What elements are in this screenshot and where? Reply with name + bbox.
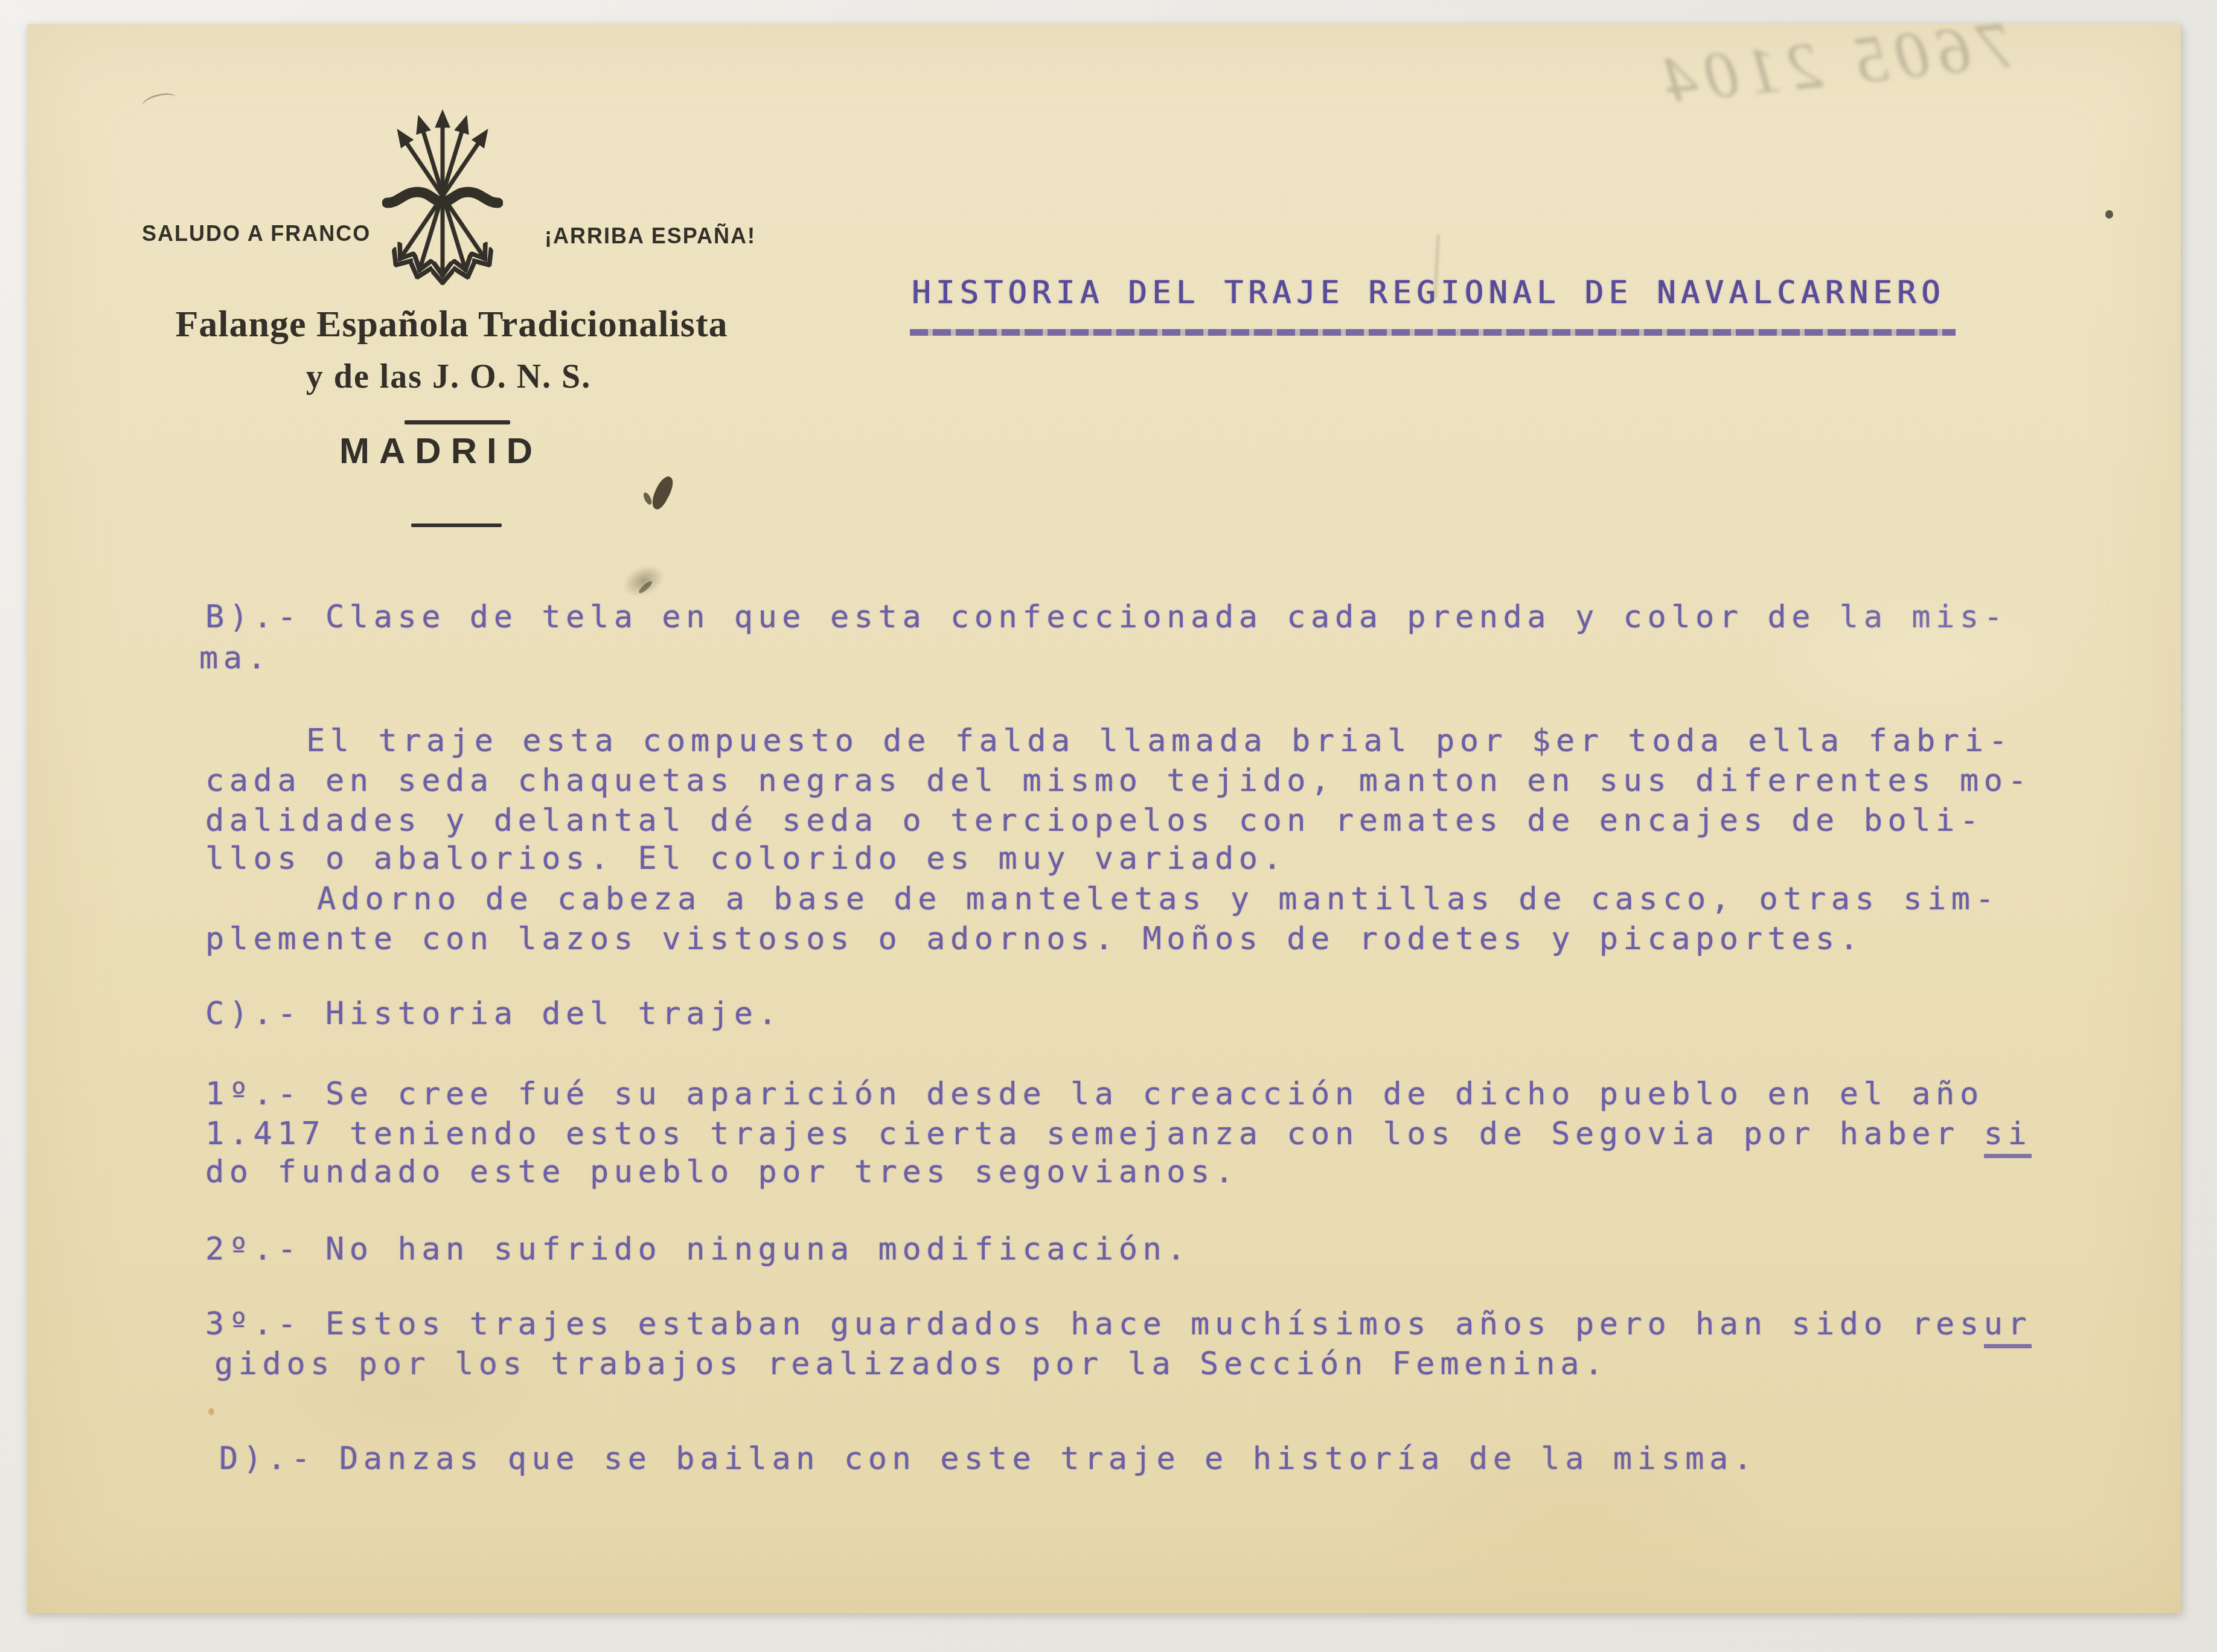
typed-line: plemente con lazos vistosos o adornos. M… bbox=[205, 921, 1864, 957]
ink-speck bbox=[2105, 210, 2113, 219]
typed-segment: plemente con lazos vistosos o adornos. M… bbox=[205, 921, 1864, 957]
document-paper: 7605 2104 SALUDO A FRANCO ¡ARRIB bbox=[27, 24, 2181, 1613]
typed-line: D).- Danzas que se bailan con este traje… bbox=[219, 1441, 1758, 1477]
typed-body: B).- Clase de tela en que esta confeccio… bbox=[27, 24, 2181, 1613]
typed-segment: El traje esta compuesto de falda llamada… bbox=[306, 723, 2012, 759]
typed-segment: llos o abalorios. El colorido es muy var… bbox=[205, 840, 1287, 877]
typed-segment-underlined: ur bbox=[1984, 1306, 2032, 1348]
scanner-background: 7605 2104 SALUDO A FRANCO ¡ARRIB bbox=[0, 0, 2217, 1652]
typed-line: 3º.- Estos trajes estaban guardados hace… bbox=[205, 1306, 2032, 1342]
typed-line: El traje esta compuesto de falda llamada… bbox=[306, 723, 2012, 759]
typed-segment: Adorno de cabeza a base de manteletas y … bbox=[317, 881, 1999, 917]
typed-segment: D).- Danzas que se bailan con este traje… bbox=[219, 1441, 1758, 1477]
typed-segment: C).- Historia del traje. bbox=[205, 996, 782, 1032]
rust-speck bbox=[208, 1408, 214, 1415]
typed-segment: do fundado este pueblo por tres segovian… bbox=[205, 1154, 1239, 1190]
typed-line: B).- Clase de tela en que esta confeccio… bbox=[205, 599, 2008, 635]
typed-line: 2º.- No han sufrido ninguna modificación… bbox=[205, 1231, 1191, 1267]
typed-segment: B).- Clase de tela en que esta confeccio… bbox=[205, 599, 2008, 635]
typed-segment: 1.417 teniendo estos trajes cierta semej… bbox=[205, 1116, 1984, 1152]
typed-line: gidos por los trabajos realizados por la… bbox=[214, 1346, 1608, 1382]
typed-segment: cada en seda chaquetas negras del mismo … bbox=[205, 763, 2032, 799]
typed-segment: 1º.- Se cree fué su aparición desde la c… bbox=[205, 1076, 1984, 1112]
typed-segment: dalidades y delantal dé seda o terciopel… bbox=[205, 802, 1984, 839]
typed-segment: 3º.- Estos trajes estaban guardados hace… bbox=[205, 1306, 1984, 1342]
typed-line: do fundado este pueblo por tres segovian… bbox=[205, 1154, 1239, 1190]
typed-line: C).- Historia del traje. bbox=[205, 996, 782, 1032]
typed-line: 1.417 teniendo estos trajes cierta semej… bbox=[205, 1116, 2032, 1152]
typed-line: llos o abalorios. El colorido es muy var… bbox=[205, 840, 1287, 877]
typed-line: 1º.- Se cree fué su aparición desde la c… bbox=[205, 1076, 1984, 1112]
typed-line: Adorno de cabeza a base de manteletas y … bbox=[317, 881, 1999, 917]
typed-line: ma. bbox=[199, 640, 271, 676]
typed-line: dalidades y delantal dé seda o terciopel… bbox=[205, 802, 1984, 839]
typed-segment-underlined: si bbox=[1984, 1116, 2032, 1158]
typed-segment: ma. bbox=[199, 640, 271, 676]
typed-segment: 2º.- No han sufrido ninguna modificación… bbox=[205, 1231, 1191, 1267]
typed-line: cada en seda chaquetas negras del mismo … bbox=[205, 763, 2032, 799]
typed-segment: gidos por los trabajos realizados por la… bbox=[214, 1346, 1608, 1382]
